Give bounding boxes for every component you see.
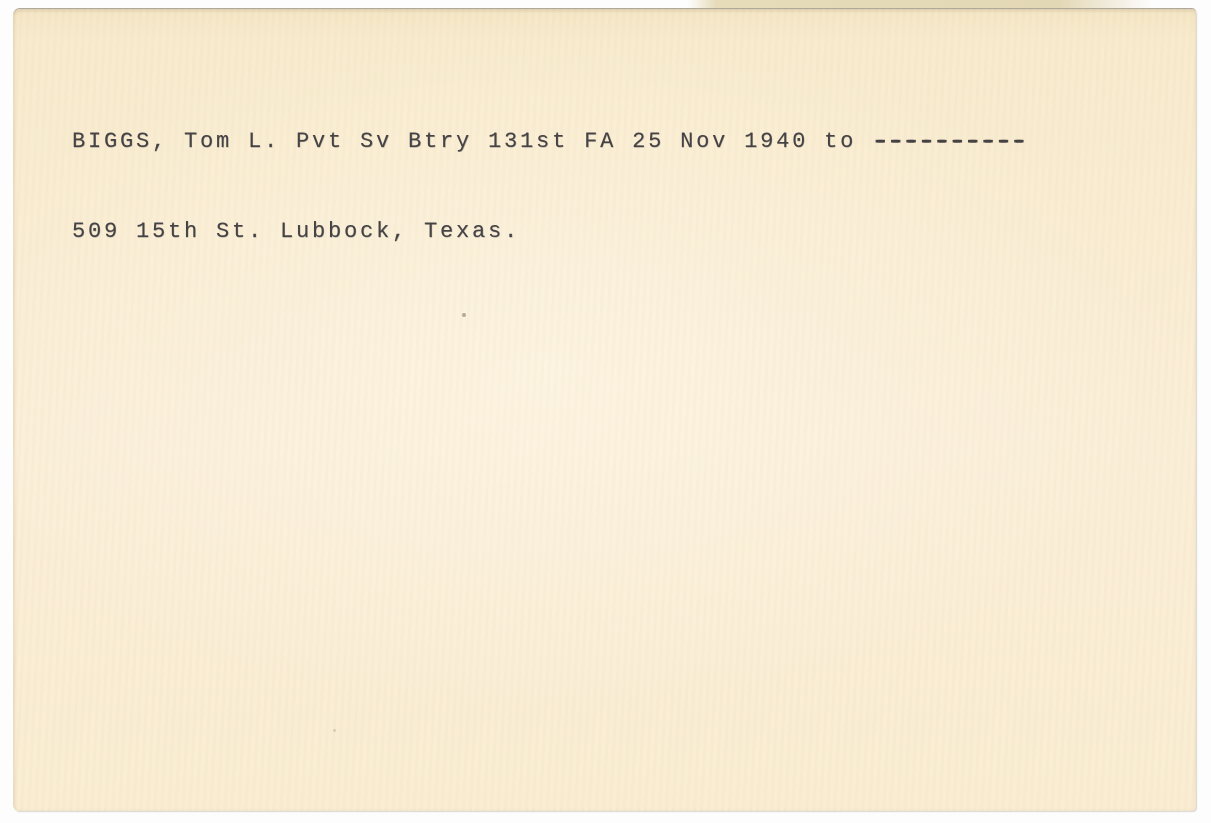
- line-1-dash-rule: ----------: [872, 129, 1026, 154]
- line-1-text: BIGGS, Tom L. Pvt Sv Btry 131st FA 25 No…: [72, 129, 872, 154]
- paper-speck-faint: [333, 729, 336, 732]
- line-2-text: 509 15th St. Lubbock, Texas.: [72, 219, 520, 244]
- typewritten-line-1: BIGGS, Tom L. Pvt Sv Btry 131st FA 25 No…: [72, 127, 1026, 157]
- paper-speck: [462, 313, 466, 317]
- typewritten-line-2: 509 15th St. Lubbock, Texas.: [72, 217, 1026, 247]
- typewritten-text-block: BIGGS, Tom L. Pvt Sv Btry 131st FA 25 No…: [72, 67, 1026, 307]
- index-card: BIGGS, Tom L. Pvt Sv Btry 131st FA 25 No…: [13, 9, 1196, 811]
- background-card-edge: [688, 0, 1153, 8]
